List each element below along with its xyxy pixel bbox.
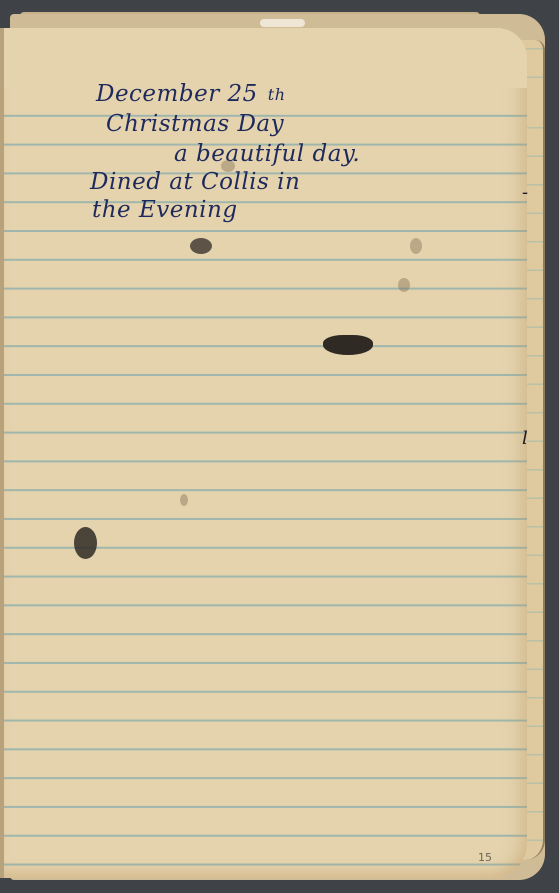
- stain-spot: [221, 160, 235, 172]
- ink-blot-2: [323, 335, 373, 355]
- page-binding-edge: [0, 28, 4, 878]
- entry-line-2: Christmas Day: [106, 110, 284, 139]
- entry-line-5: the Evening: [92, 196, 238, 225]
- ink-blot-3: [74, 527, 97, 559]
- entry-date-text: December 25: [96, 81, 258, 107]
- entry-line-3: a beautiful day.: [174, 140, 360, 169]
- page-number: 15: [478, 851, 492, 864]
- page-edge-tear: [260, 19, 305, 27]
- entry-line-4: Dined at Collis in: [90, 168, 300, 197]
- entry-date-suffix: th: [268, 85, 286, 104]
- stain-spot: [180, 494, 188, 506]
- entry-date: December 25th: [96, 80, 286, 109]
- margin-mark-1: -: [522, 182, 528, 203]
- stain-spot: [398, 278, 410, 292]
- ink-blot-1: [190, 238, 212, 254]
- margin-mark-2: l: [522, 428, 528, 449]
- stain-spot: [410, 238, 422, 254]
